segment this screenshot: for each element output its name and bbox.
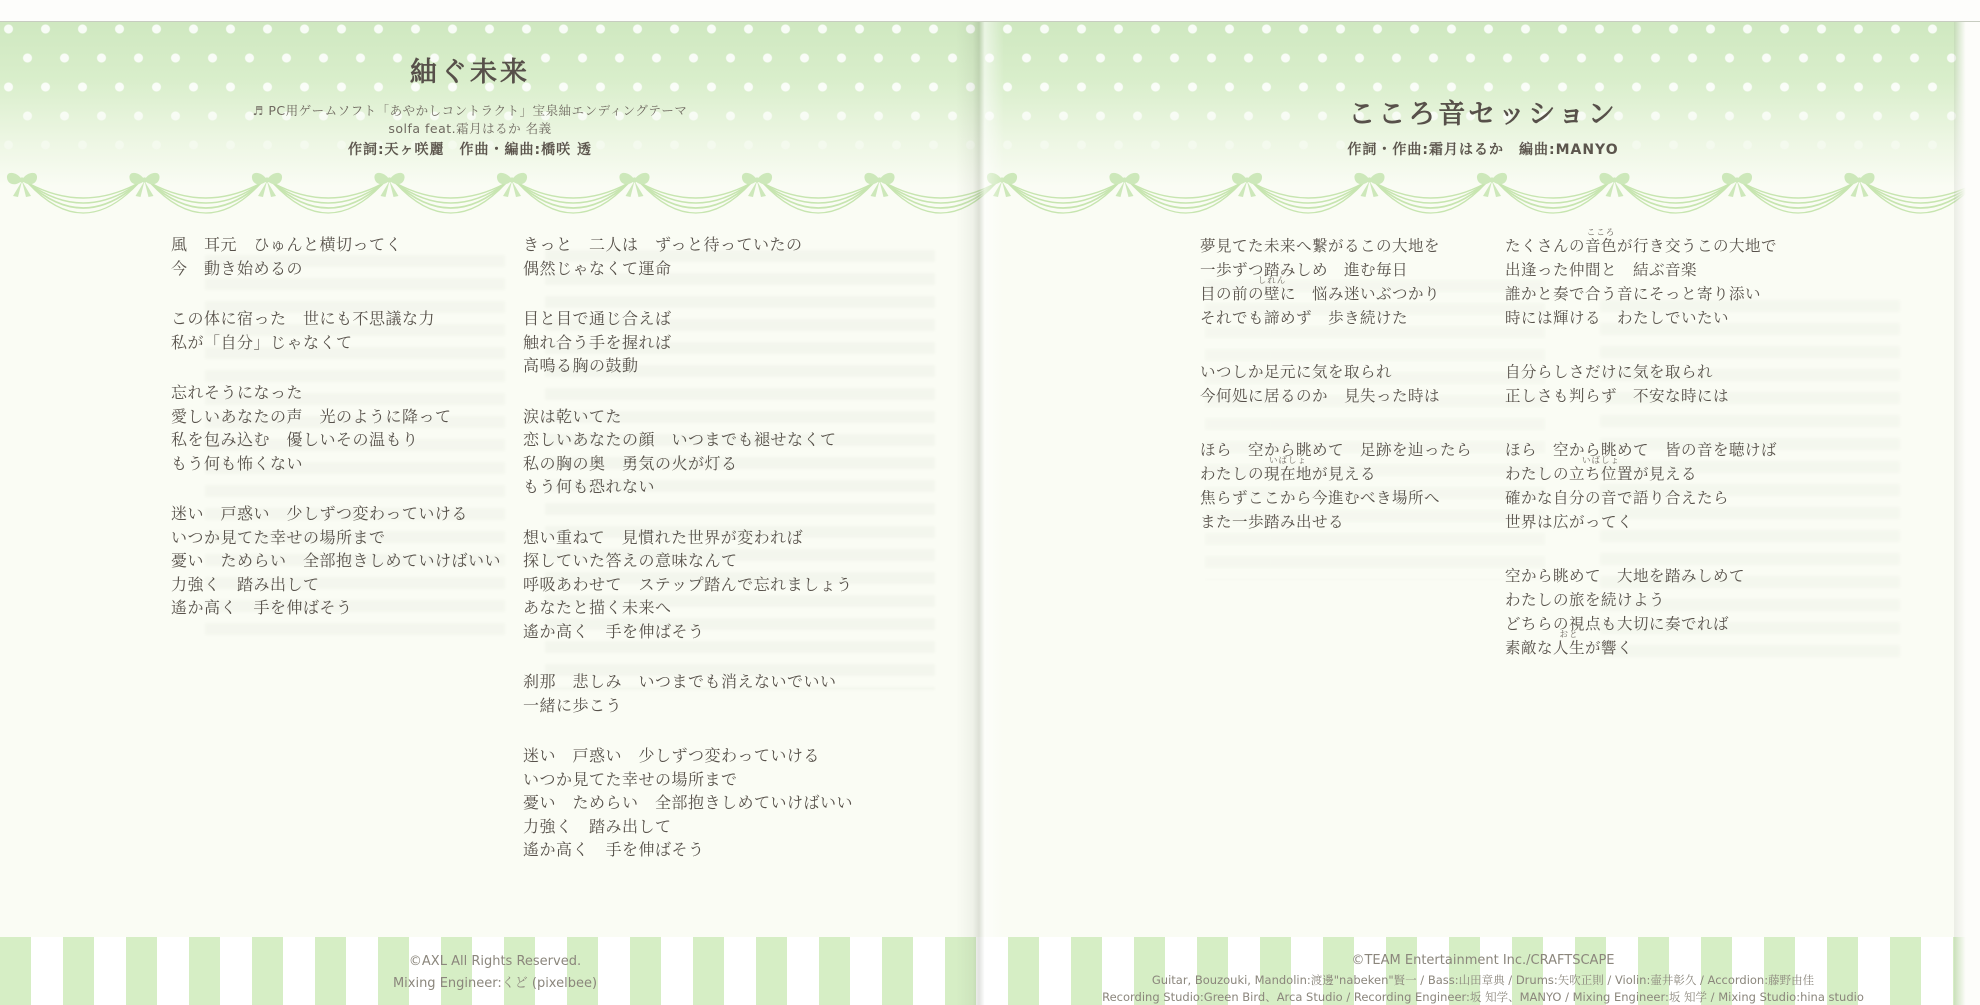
lyric-line: 自分らしさだけに気を取られ bbox=[1505, 360, 1777, 384]
lyric-line: 触れ合う手を握れば bbox=[523, 331, 853, 355]
lyric-line: それでも諦めず 歩き続けた bbox=[1200, 306, 1472, 330]
booklet-spread-scan: 紬ぐ未来 ♬ PC用ゲームソフト「あやかしコントラクト」宝泉紬エンディングテーマ… bbox=[0, 0, 1980, 1005]
lyric-line: いつか見てた幸せの場所まで bbox=[523, 768, 853, 792]
lyric-stanza: たくさんの音色こころが行き交うこの大地で出逢った仲間と 結ぶ音楽誰かと奏で合う音… bbox=[1505, 234, 1777, 330]
lyric-line: 目と目で通じ合えば bbox=[523, 307, 853, 331]
right-copyright: ©TEAM Entertainment Inc./CRAFTSCAPE bbox=[990, 953, 1976, 968]
lyric-line: ほら 空から眺めて 足跡を辿ったら bbox=[1200, 438, 1472, 462]
lyric-line: 呼吸あわせて ステップ踏んで忘れましょう bbox=[523, 573, 853, 597]
right-studio-credits: Recording Studio:Green Bird、Arca Studio … bbox=[990, 989, 1976, 1005]
lyric-line: 愛しいあなたの声 光のように降って bbox=[171, 405, 501, 429]
lyric-line: 偶然じゃなくて運命 bbox=[523, 257, 853, 281]
left-song-artist-credit: solfa feat.霜月はるか 名義 bbox=[0, 119, 940, 137]
lyric-line: もう何も恐れない bbox=[523, 475, 853, 499]
lyric-line: 遙か高く 手を伸ばそう bbox=[171, 596, 501, 620]
lyric-line: 時には輝ける わたしでいたい bbox=[1505, 306, 1777, 330]
scan-top-margin bbox=[0, 0, 1980, 22]
ruby-annotated-word: 人生おと bbox=[1553, 639, 1585, 657]
lyric-line: 正しさも判らず 不安な時には bbox=[1505, 384, 1777, 408]
ruby-annotated-word: 現在地いばしょ bbox=[1264, 465, 1312, 483]
lyric-line: 力強く 踏み出して bbox=[171, 573, 501, 597]
ruby-annotated-word: 立ち位置いばしょ bbox=[1569, 465, 1633, 483]
furigana: いばしょ bbox=[1582, 457, 1620, 465]
lyric-stanza: この体に宿った 世にも不思議な力私が「自分」じゃなくて bbox=[171, 307, 501, 354]
lyric-line: 今何処に居るのか 見失った時は bbox=[1200, 384, 1472, 408]
furigana: おと bbox=[1560, 631, 1579, 639]
lyric-line: 力強く 踏み出して bbox=[523, 815, 853, 839]
right-song-staff-credit: 作詞・作曲:霜月はるか 編曲:MANYO bbox=[990, 139, 1976, 159]
lyric-stanza: 忘れそうになった愛しいあなたの声 光のように降って私を包み込む 優しいその温もり… bbox=[171, 381, 501, 475]
lyric-line: 恋しいあなたの顔 いつまでも褪せなくて bbox=[523, 428, 853, 452]
furigana: いばしょ bbox=[1269, 457, 1307, 465]
lyric-line: 夢見てた未来へ繋がるこの大地を bbox=[1200, 234, 1472, 258]
lyric-line: 私の胸の奥 勇気の火が灯る bbox=[523, 452, 853, 476]
lyric-line: 涙は乾いてた bbox=[523, 405, 853, 429]
left-song-tiein-line: ♬ PC用ゲームソフト「あやかしコントラクト」宝泉紬エンディングテーマ bbox=[0, 101, 940, 119]
lyric-line: きっと 二人は ずっと待っていたの bbox=[523, 233, 853, 257]
ruby-annotated-word: 音色こころ bbox=[1585, 237, 1617, 255]
ruby-annotated-word: 壁しれん bbox=[1264, 285, 1280, 303]
lyric-line: たくさんの音色こころが行き交うこの大地で bbox=[1505, 234, 1777, 258]
lyric-line: 憂い ためらい 全部抱きしめていけばいい bbox=[171, 549, 501, 573]
music-note-icon: ♬ bbox=[253, 104, 264, 118]
lyric-line: 世界は広がってく bbox=[1505, 510, 1777, 534]
furigana: しれん bbox=[1258, 277, 1287, 285]
right-lyrics-column-1: 夢見てた未来へ繋がるこの大地を一歩ずつ踏みしめ 進む毎日目の前の壁しれんに 悩み… bbox=[1200, 234, 1472, 564]
lyric-line: 遙か高く 手を伸ばそう bbox=[523, 838, 853, 862]
lyric-line: また一歩踏み出せる bbox=[1200, 510, 1472, 534]
lyric-stanza: ほら 空から眺めて 足跡を辿ったらわたしの現在地いばしょが見える焦らずここから今… bbox=[1200, 438, 1472, 534]
left-copyright: ©AXL All Rights Reserved. bbox=[0, 951, 990, 973]
lyric-stanza: 目と目で通じ合えば触れ合う手を握れば高鳴る胸の鼓動 bbox=[523, 307, 853, 378]
lyric-stanza: 風 耳元 ひゅんと横切ってく今 動き始めるの bbox=[171, 233, 501, 280]
left-mixing-credit: Mixing Engineer:くど (pixelbee) bbox=[0, 973, 990, 995]
lyric-line: 出逢った仲間と 結ぶ音楽 bbox=[1505, 258, 1777, 282]
lyric-stanza: 自分らしさだけに気を取られ正しさも判らず 不安な時には bbox=[1505, 360, 1777, 408]
ribbon-garland-ornament bbox=[0, 168, 1980, 232]
lyric-stanza: 想い重ねて 見慣れた世界が変われば探していた答えの意味なんて呼吸あわせて ステッ… bbox=[523, 526, 853, 644]
lyric-stanza: 空から眺めて 大地を踏みしめてわたしの旅を続けようどちらの視点も大切に奏でれば素… bbox=[1505, 564, 1777, 660]
lyric-line: 忘れそうになった bbox=[171, 381, 501, 405]
lyric-line: 一歩ずつ踏みしめ 進む毎日 bbox=[1200, 258, 1472, 282]
right-song-title: こころ音セッション bbox=[990, 92, 1976, 131]
lyric-stanza: きっと 二人は ずっと待っていたの偶然じゃなくて運命 bbox=[523, 233, 853, 280]
lyric-line: 私を包み込む 優しいその温もり bbox=[171, 428, 501, 452]
lyric-stanza: 夢見てた未来へ繋がるこの大地を一歩ずつ踏みしめ 進む毎日目の前の壁しれんに 悩み… bbox=[1200, 234, 1472, 330]
lyric-line: 想い重ねて 見慣れた世界が変われば bbox=[523, 526, 853, 550]
lyric-line: 風 耳元 ひゅんと横切ってく bbox=[171, 233, 501, 257]
lyric-line: どちらの視点も大切に奏でれば bbox=[1505, 612, 1777, 636]
lyric-line: あなたと描く未来へ bbox=[523, 596, 853, 620]
lyric-line: 確かな自分の音で語り合えたら bbox=[1505, 486, 1777, 510]
lyric-line: わたしの旅を続けよう bbox=[1505, 588, 1777, 612]
lyric-line: 空から眺めて 大地を踏みしめて bbox=[1505, 564, 1777, 588]
left-song-title: 紬ぐ未来 bbox=[0, 50, 940, 89]
lyric-stanza: ほら 空から眺めて 皆の音を聴けばわたしの立ち位置いばしょが見える確かな自分の音… bbox=[1505, 438, 1777, 534]
left-song-tiein-text: PC用ゲームソフト「あやかしコントラクト」宝泉紬エンディングテーマ bbox=[268, 103, 687, 118]
lyric-stanza: 迷い 戸惑い 少しずつ変わっていけるいつか見てた幸せの場所まで憂い ためらい 全… bbox=[523, 744, 853, 862]
lyric-line: もう何も怖くない bbox=[171, 452, 501, 476]
lyric-line: この体に宿った 世にも不思議な力 bbox=[171, 307, 501, 331]
lyric-stanza: 迷い 戸惑い 少しずつ変わっていけるいつか見てた幸せの場所まで憂い ためらい 全… bbox=[171, 502, 501, 620]
lyric-line: 迷い 戸惑い 少しずつ変わっていける bbox=[171, 502, 501, 526]
left-lyrics-column-1: 風 耳元 ひゅんと横切ってく今 動き始めるのこの体に宿った 世にも不思議な力私が… bbox=[171, 233, 501, 647]
lyric-line: 探していた答えの意味なんて bbox=[523, 549, 853, 573]
lyric-line: 一緒に歩こう bbox=[523, 694, 853, 718]
right-lyrics-column-2: たくさんの音色こころが行き交うこの大地で出逢った仲間と 結ぶ音楽誰かと奏で合う音… bbox=[1505, 234, 1777, 690]
lyric-line: いつか見てた幸せの場所まで bbox=[171, 526, 501, 550]
lyric-line: わたしの現在地いばしょが見える bbox=[1200, 462, 1472, 486]
lyric-line: 焦らずここから今進むべき場所へ bbox=[1200, 486, 1472, 510]
lyric-line: わたしの立ち位置いばしょが見える bbox=[1505, 462, 1777, 486]
lyric-stanza: いつしか足元に気を取られ今何処に居るのか 見失った時は bbox=[1200, 360, 1472, 408]
lyric-line: 素敵な人生おとが響く bbox=[1505, 636, 1777, 660]
lyric-line: 高鳴る胸の鼓動 bbox=[523, 354, 853, 378]
lyric-line: 遙か高く 手を伸ばそう bbox=[523, 620, 853, 644]
lyric-line: ほら 空から眺めて 皆の音を聴けば bbox=[1505, 438, 1777, 462]
lyric-stanza: 涙は乾いてた恋しいあなたの顔 いつまでも褪せなくて私の胸の奥 勇気の火が灯るもう… bbox=[523, 405, 853, 499]
lyric-stanza: 刹那 悲しみ いつまでも消えないでいい一緒に歩こう bbox=[523, 670, 853, 717]
lyric-line: 憂い ためらい 全部抱きしめていけばいい bbox=[523, 791, 853, 815]
lyric-line: 迷い 戸惑い 少しずつ変わっていける bbox=[523, 744, 853, 768]
right-musician-credits: Guitar, Bouzouki, Mandolin:渡邊"nabeken"賢一… bbox=[990, 972, 1976, 988]
lyric-line: 刹那 悲しみ いつまでも消えないでいい bbox=[523, 670, 853, 694]
lyric-line: いつしか足元に気を取られ bbox=[1200, 360, 1472, 384]
left-page-footer: ©AXL All Rights Reserved. Mixing Enginee… bbox=[0, 951, 990, 995]
lyric-line: 目の前の壁しれんに 悩み迷いぶつかり bbox=[1200, 282, 1472, 306]
left-song-staff-credit: 作詞:天ヶ咲麗 作曲・編曲:橋咲 透 bbox=[0, 139, 940, 159]
lyric-line: 今 動き始めるの bbox=[171, 257, 501, 281]
lyric-line: 私が「自分」じゃなくて bbox=[171, 331, 501, 355]
lyric-line: 誰かと奏で合う音にそっと寄り添い bbox=[1505, 282, 1777, 306]
furigana: こころ bbox=[1587, 229, 1616, 237]
left-lyrics-column-2: きっと 二人は ずっと待っていたの偶然じゃなくて運命目と目で通じ合えば触れ合う手… bbox=[523, 233, 853, 889]
